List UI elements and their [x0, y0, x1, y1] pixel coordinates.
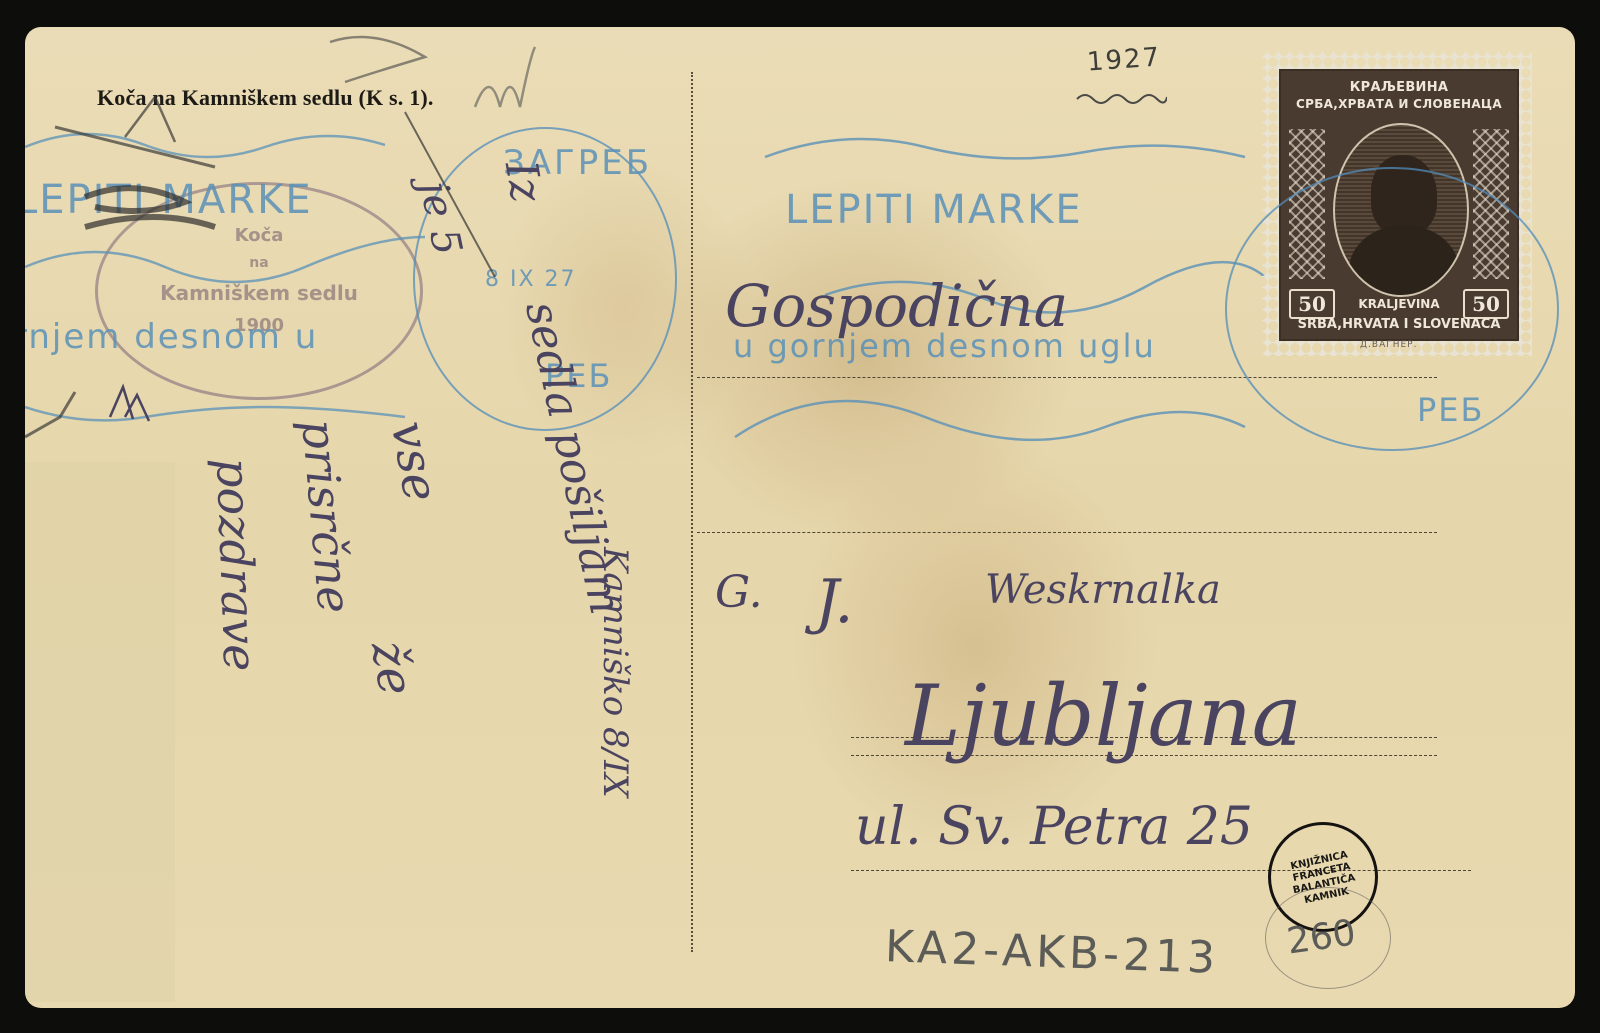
postcard-back: Koča na Kamniškem sedlu (K s. 1). 1927 K… [25, 27, 1575, 1008]
message-line-7: pozdrave [206, 457, 267, 672]
year-note: 1927 [1086, 42, 1162, 77]
date-postmark-right: РЕБ [1225, 167, 1559, 451]
year-underline [1075, 89, 1167, 105]
message-line-5: že [360, 637, 424, 700]
address-line-4 [851, 870, 1471, 871]
address-surname: Weskrnalka [985, 567, 1221, 613]
archive-number: KA2-AKB-213 [884, 921, 1220, 984]
address-name-initial: J. [815, 567, 853, 637]
address-salutation: Gospodična [725, 272, 1068, 340]
address-line-2 [697, 532, 1437, 533]
address-street: ul. Sv. Petra 25 [855, 797, 1253, 857]
faded-patch [25, 462, 175, 1002]
stamp-header: КРАЉЕВИНА СРБА,ХРВАТА И СЛОВЕНАЦА [1281, 79, 1517, 113]
address-name-prefix: G. [715, 567, 763, 618]
address-city: Ljubljana [905, 667, 1302, 765]
pencil-scribbles [25, 27, 705, 487]
